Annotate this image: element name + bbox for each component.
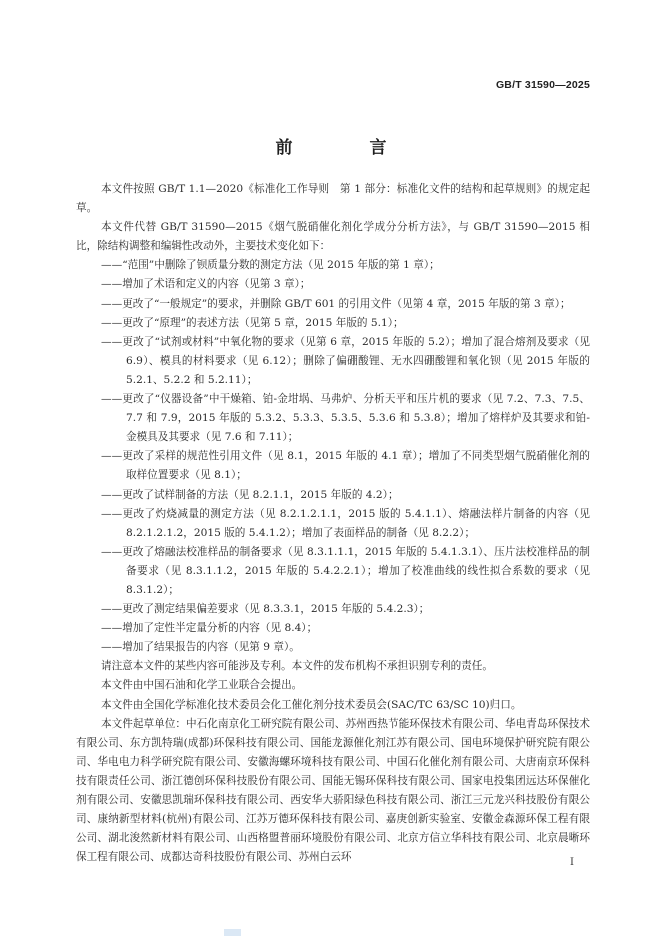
paragraph-patent-notice: 请注意本文件的某些内容可能涉及专利。本文件的发布机构不承担识别专利的责任。 (76, 657, 590, 676)
page-number: Ⅰ (570, 857, 574, 868)
page-edge-marker (224, 929, 241, 936)
page-title: 前 言 (0, 133, 662, 158)
paragraph-committee: 本文件由全国化学标准化技术委员会化工催化剂分技术委员会(SAC/TC 63/SC… (76, 696, 590, 715)
document-body: 本文件按照 GB/T 1.1—2020《标准化工作导则 第 1 部分：标准化文件… (76, 180, 590, 867)
paragraph-replacement: 本文件代替 GB/T 31590—2015《烟气脱硝催化剂化学成分分析方法》，与… (76, 218, 590, 256)
change-item: ——“范围”中删除了钡质量分数的测定方法（见 2015 年版的第 1 章）； (76, 256, 590, 275)
change-item: ——更改了“试剂或材料”中氧化物的要求（见第 6 章，2015 年版的 5.2）… (76, 333, 590, 390)
change-item: ——更改了熔融法校准样品的制备要求（见 8.3.1.1.1，2015 年版的 5… (76, 543, 590, 600)
paragraph-proposer: 本文件由中国石油和化学工业联合会提出。 (76, 676, 590, 695)
change-item: ——增加了定性半定量分析的内容（见 8.4）； (76, 619, 590, 638)
change-item: ——增加了术语和定义的内容（见第 3 章）； (76, 275, 590, 294)
change-item: ——更改了测定结果偏差要求（见 8.3.3.1，2015 年版的 5.4.2.3… (76, 600, 590, 619)
change-item: ——更改了试样制备的方法（见 8.2.1.1，2015 年版的 4.2）； (76, 486, 590, 505)
change-item: ——更改了“一般规定”的要求，并删除 GB/T 601 的引用文件（见第 4 章… (76, 295, 590, 314)
change-item: ——更改了“仪器设备”中干燥箱、铂-金坩埚、马弗炉、分析天平和压片机的要求（见 … (76, 390, 590, 447)
change-item: ——更改了灼烧减量的测定方法（见 8.2.1.2.1.1，2015 版的 5.4… (76, 505, 590, 543)
change-item: ——更改了采样的规范性引用文件（见 8.1，2015 年版的 4.1 章）；增加… (76, 447, 590, 485)
paragraph-drafting-units: 本文件起草单位：中石化南京化工研究院有限公司、苏州西热节能环保技术有限公司、华电… (76, 715, 590, 868)
change-item: ——更改了“原理”的表述方法（见第 5 章，2015 年版的 5.1）； (76, 314, 590, 333)
paragraph-drafting-rules: 本文件按照 GB/T 1.1—2020《标准化工作导则 第 1 部分：标准化文件… (76, 180, 590, 218)
change-item: ——增加了结果报告的内容（见第 9 章）。 (76, 638, 590, 657)
document-code: GB/T 31590—2025 (496, 79, 590, 91)
